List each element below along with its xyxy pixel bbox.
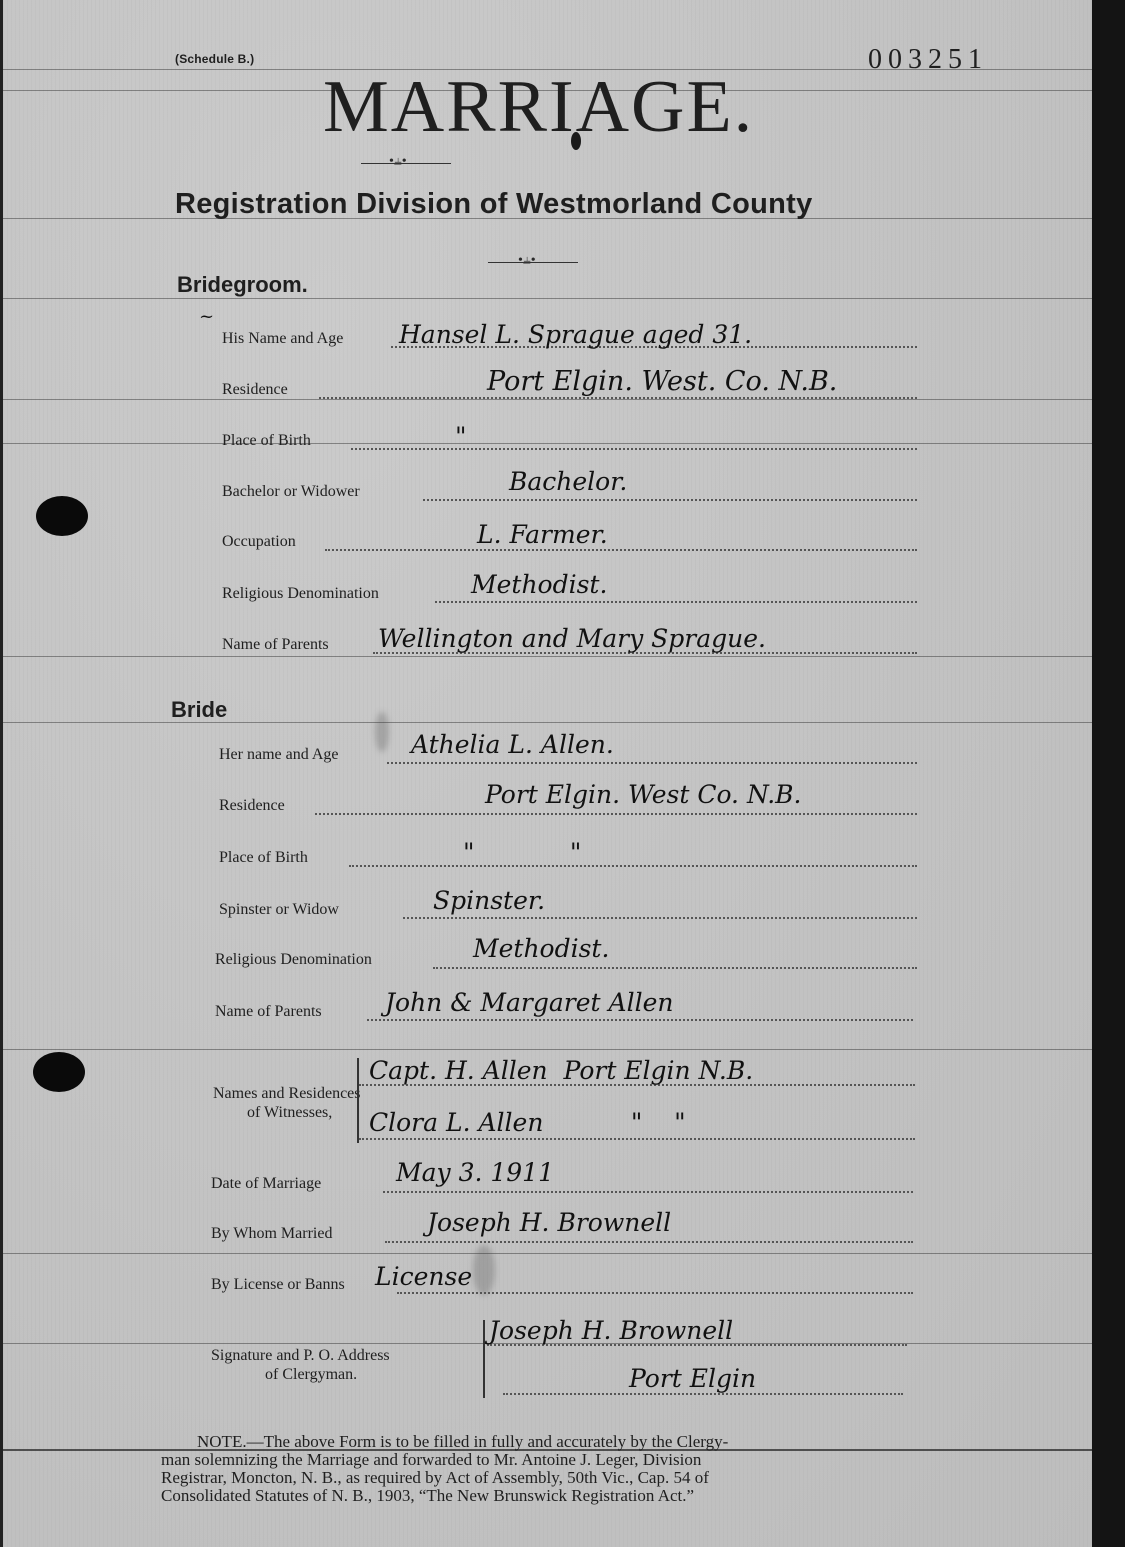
- field-label: Occupation: [222, 533, 296, 551]
- ornament-icon: •⫨•: [518, 253, 536, 269]
- field-value: Port Elgin. West. Co. N.B.: [487, 366, 837, 397]
- ink-blot: [571, 132, 581, 150]
- field-value: ": [455, 422, 467, 451]
- field-label: Bachelor or Widower: [222, 483, 360, 501]
- dotted-line: [435, 601, 917, 603]
- scan-rule: [3, 722, 1092, 723]
- clergyman-label: Signature and P. O. Address: [211, 1347, 390, 1365]
- field-label: Spinster or Widow: [219, 901, 339, 919]
- witnesses-label: Names and Residences: [213, 1085, 361, 1103]
- punch-hole: [36, 496, 88, 536]
- dotted-line: [359, 1138, 915, 1140]
- margin-mark: ~: [199, 306, 214, 327]
- field-value: L. Farmer.: [477, 520, 608, 549]
- witnesses-label: of Witnesses,: [247, 1104, 332, 1122]
- field-label: Religious Denomination: [215, 951, 372, 969]
- field-value: Athelia L. Allen.: [411, 730, 614, 759]
- field-value: " ": [463, 838, 581, 867]
- field-label: Residence: [219, 797, 285, 815]
- field-value: Wellington and Mary Sprague.: [378, 624, 766, 653]
- field-label: Religious Denomination: [222, 585, 379, 603]
- brace: [483, 1320, 485, 1398]
- note-line: Registrar, Moncton, N. B., as required b…: [161, 1469, 907, 1487]
- dotted-line: [383, 1191, 913, 1193]
- field-value: Spinster.: [433, 886, 545, 915]
- field-label: His Name and Age: [222, 330, 343, 348]
- clergyman-address: Port Elgin: [629, 1364, 756, 1393]
- field-label: Name of Parents: [222, 636, 329, 654]
- dotted-line: [315, 813, 917, 815]
- scan-rule: [3, 399, 1092, 400]
- dotted-line: [349, 865, 917, 867]
- clergyman-signature: Joseph H. Brownell: [489, 1316, 733, 1345]
- note-line: NOTE.—The above Form is to be filled in …: [161, 1433, 907, 1451]
- field-value: May 3. 1911: [396, 1158, 554, 1187]
- dotted-line: [351, 448, 917, 450]
- field-label: By Whom Married: [211, 1225, 332, 1243]
- witness-entry: Clora L. Allen " ": [369, 1108, 686, 1137]
- punch-hole: [33, 1052, 85, 1092]
- brace: [357, 1058, 359, 1143]
- field-label: Place of Birth: [219, 849, 308, 867]
- note-line: Consolidated Statutes of N. B., 1903, “T…: [161, 1487, 907, 1505]
- registration-division-heading: Registration Division of Westmorland Cou…: [175, 188, 813, 221]
- scan-rule: [3, 443, 1092, 444]
- dotted-line: [433, 967, 917, 969]
- dotted-line: [387, 762, 917, 764]
- field-value: Joseph H. Brownell: [427, 1208, 671, 1237]
- dotted-line: [385, 1241, 913, 1243]
- field-value: Port Elgin. West Co. N.B.: [485, 780, 802, 809]
- ink-smudge: [375, 712, 389, 752]
- ink-smudge: [473, 1245, 495, 1295]
- clergyman-label: of Clergyman.: [265, 1366, 357, 1384]
- field-label: Name of Parents: [215, 1003, 322, 1021]
- ornament-icon: •⫨•: [389, 154, 407, 170]
- serial-number: 003251: [868, 44, 988, 76]
- field-label: Residence: [222, 381, 288, 399]
- bridegroom-heading: Bridegroom.: [177, 272, 308, 298]
- note-line: man solemnizing the Marriage and forward…: [161, 1451, 907, 1469]
- document-title: MARRIAGE.: [323, 70, 754, 144]
- marriage-record-page: (Schedule B.) 003251 MARRIAGE. •⫨• Regis…: [3, 0, 1092, 1547]
- field-label: Date of Marriage: [211, 1175, 321, 1193]
- scan-rule: [3, 656, 1092, 657]
- dotted-line: [319, 397, 917, 399]
- dotted-line: [423, 499, 917, 501]
- dotted-line: [403, 917, 917, 919]
- field-label: By License or Banns: [211, 1276, 345, 1294]
- field-value: Methodist.: [473, 934, 609, 963]
- schedule-label: (Schedule B.): [175, 52, 254, 66]
- dotted-line: [367, 1019, 913, 1021]
- field-value: Methodist.: [471, 570, 607, 599]
- scan-rule: [3, 298, 1092, 299]
- scan-rule: [3, 1253, 1092, 1254]
- dotted-line: [325, 549, 917, 551]
- field-value: Bachelor.: [509, 467, 627, 496]
- scan-right-edge: [1092, 0, 1125, 1547]
- field-value: John & Margaret Allen: [385, 988, 673, 1017]
- form-note: NOTE.—The above Form is to be filled in …: [161, 1433, 907, 1505]
- dotted-line: [503, 1393, 903, 1395]
- bride-heading: Bride: [171, 697, 227, 723]
- field-label: Her name and Age: [219, 746, 339, 764]
- dotted-line: [397, 1292, 913, 1294]
- field-label: Place of Birth: [222, 432, 311, 450]
- field-value: License: [375, 1262, 472, 1291]
- field-value: Hansel L. Sprague aged 31.: [399, 320, 752, 349]
- scan-rule: [3, 1049, 1092, 1050]
- witness-entry: Capt. H. Allen Port Elgin N.B.: [369, 1056, 753, 1085]
